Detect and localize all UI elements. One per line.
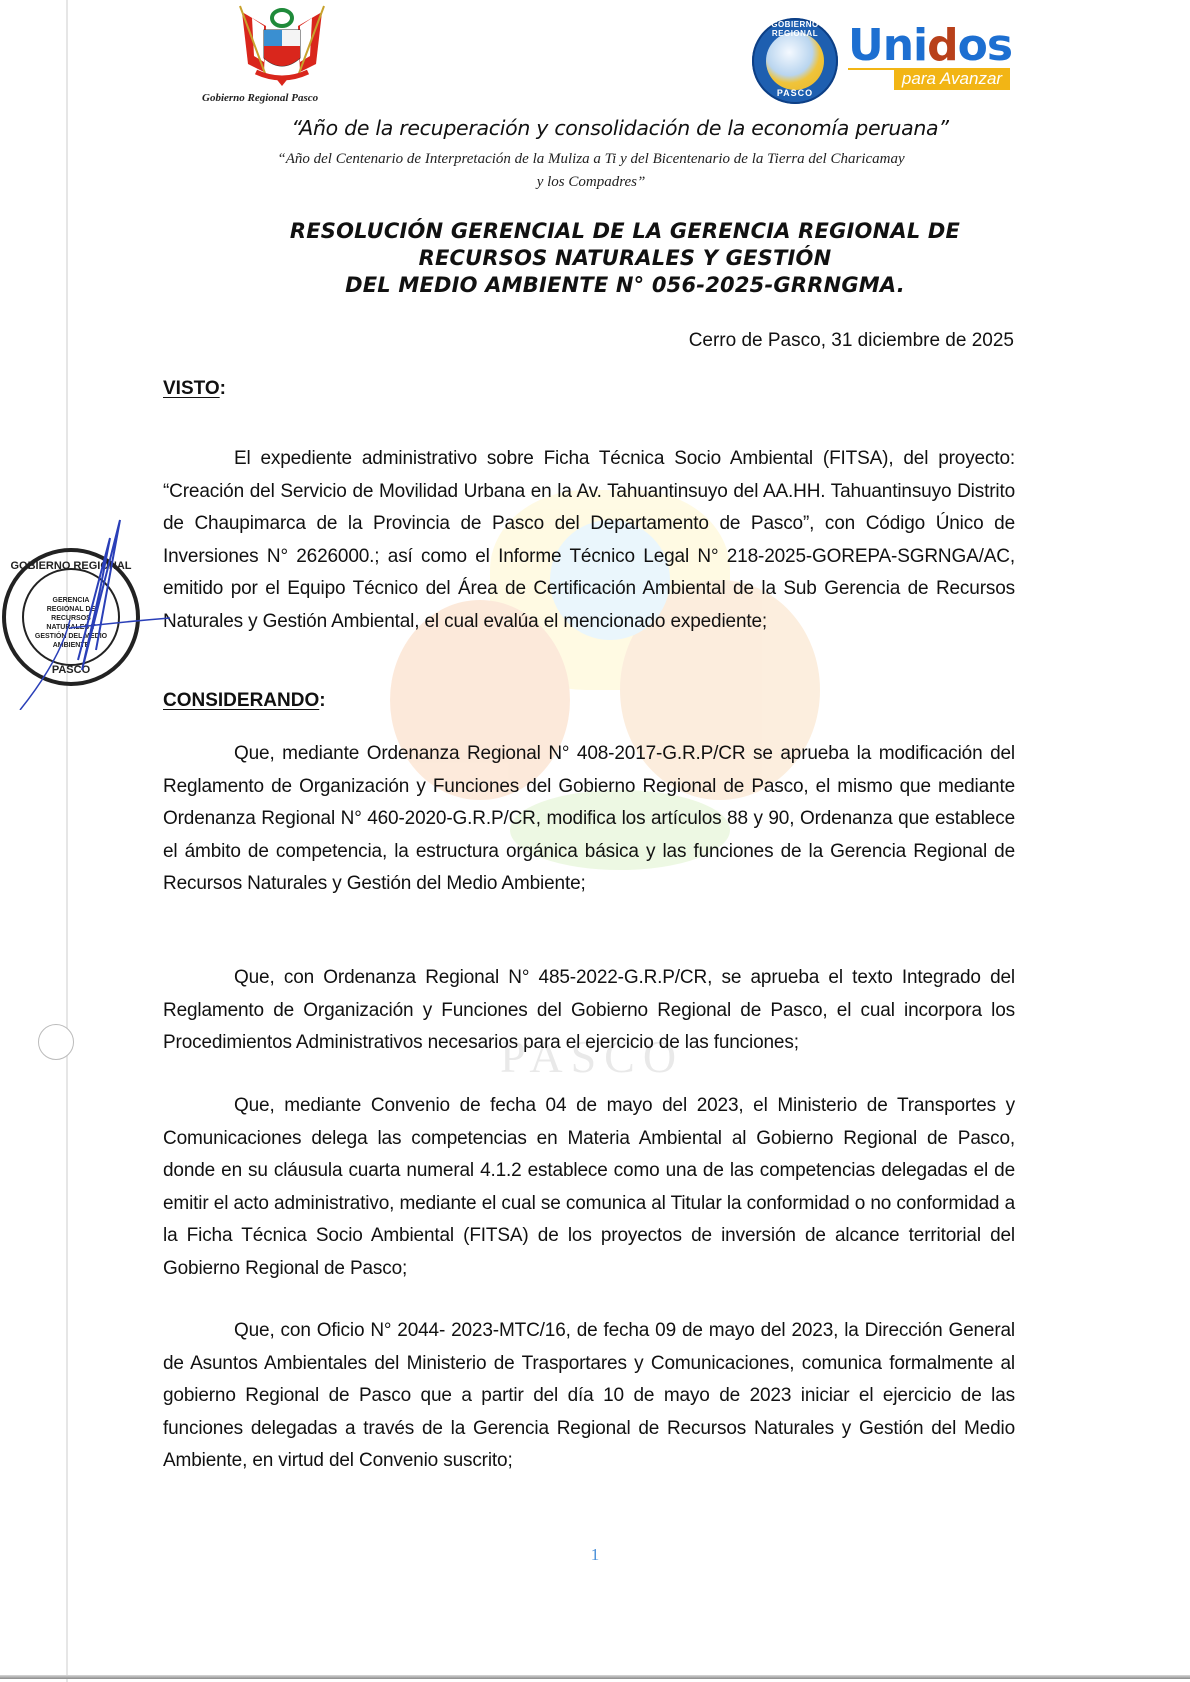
regional-motto: “Año del Centenario de Interpretación de… — [276, 148, 906, 194]
seal-top-text: GOBIERNO REGIONAL — [752, 20, 838, 38]
resolution-title: RESOLUCIÓN GERENCIAL DE LA GERENCIA REGI… — [240, 218, 1010, 299]
title-line-3: DEL MEDIO AMBIENTE N° 056-2025-GRRNGMA. — [240, 272, 1010, 299]
punch-hole — [38, 1024, 74, 1060]
heading-considerando: CONSIDERANDO: — [163, 690, 326, 712]
national-motto: “Año de la recuperación y consolidación … — [0, 116, 1190, 140]
official-stamp: GOBIERNO REGIONAL GERENCIA REGIONAL DE R… — [2, 548, 140, 686]
brand-unidos: Unidos — [848, 24, 1012, 68]
heading-visto: VISTO: — [163, 378, 226, 400]
paragraph-considerando-2: Que, con Ordenanza Regional N° 485-2022-… — [163, 962, 1015, 1060]
paragraph-visto: El expediente administrativo sobre Ficha… — [163, 443, 1015, 638]
stamp-middle-text: GERENCIA REGIONAL DE RECURSOS NATURALES … — [34, 596, 108, 650]
stamp-top-text: GOBIERNO REGIONAL — [6, 560, 136, 572]
page-number: 1 — [0, 1545, 1190, 1565]
seal-bottom-text: PASCO — [752, 88, 838, 98]
stamp-bottom-text: PASCO — [6, 664, 136, 676]
title-line-1: RESOLUCIÓN GERENCIAL DE LA GERENCIA REGI… — [240, 218, 1010, 245]
paragraph-considerando-3: Que, mediante Convenio de fecha 04 de ma… — [163, 1090, 1015, 1285]
paragraph-considerando-1: Que, mediante Ordenanza Regional N° 408-… — [163, 738, 1015, 901]
page-bottom-edge — [0, 1675, 1190, 1679]
brand-tagline: para Avanzar — [894, 68, 1010, 90]
brand-underline — [848, 68, 898, 70]
title-line-2: RECURSOS NATURALES Y GESTIÓN — [240, 245, 1010, 272]
coat-of-arms-icon — [236, 2, 328, 88]
paragraph-considerando-4: Que, con Oficio N° 2044- 2023-MTC/16, de… — [163, 1315, 1015, 1478]
document-date: Cerro de Pasco, 31 diciembre de 2025 — [689, 330, 1014, 352]
regional-seal-logo: GOBIERNO REGIONAL PASCO — [752, 18, 838, 104]
binding-line — [66, 0, 68, 1682]
government-label: Gobierno Regional Pasco — [202, 92, 318, 104]
